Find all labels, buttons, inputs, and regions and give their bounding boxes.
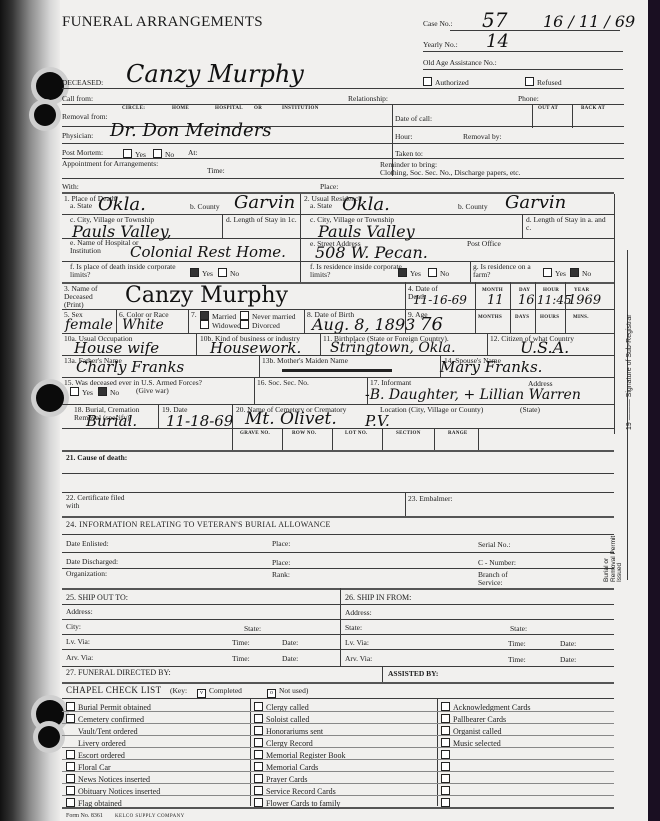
rule — [158, 404, 159, 428]
punch-hole-5 — [38, 726, 60, 748]
removal-by-label: Removal by: — [463, 133, 502, 141]
rule — [62, 428, 614, 429]
rule — [572, 104, 573, 128]
rule — [188, 309, 189, 333]
rank-label: Rank: — [272, 571, 290, 579]
dod-day[interactable]: 16 — [518, 294, 535, 307]
widowed-checkbox[interactable]: Widowed — [200, 320, 241, 330]
pod-hospital-value[interactable]: Colonial Rest Home. — [130, 245, 286, 260]
ssn-label: 16. Soc. Sec. No. — [257, 379, 309, 387]
res-post-office-label: Post Office — [467, 240, 501, 248]
deceased-value[interactable]: Canzy Murphy — [126, 62, 304, 86]
case-date-value[interactable]: 16 / 11 / 69 — [543, 14, 635, 30]
pod-limits-label: f. Is place of death inside corporate li… — [70, 263, 190, 279]
rule — [510, 282, 511, 334]
rule — [475, 282, 476, 334]
in-state-label-2: State: — [510, 625, 527, 633]
permit-issued-label: Burial or Removal Permit Issued — [604, 532, 624, 582]
rule — [222, 214, 223, 238]
mother-label: 13b. Mother's Maiden Name — [262, 357, 348, 365]
circle-hospital[interactable]: HOSPITAL — [215, 106, 243, 111]
out-address-label: Address: — [66, 608, 93, 616]
res-length-label: d. Length of Stay in a. and c. — [526, 216, 611, 232]
rule — [565, 282, 566, 334]
reminder-text: Clothing, Soc. Sec. No., Discharge paper… — [380, 169, 520, 177]
age-col-months: MONTHS — [478, 315, 502, 320]
armed-label: 15. Was deceased ever in U.S. Armed Forc… — [64, 379, 202, 387]
race-value[interactable]: White — [122, 318, 164, 332]
age-value[interactable]: 76 — [420, 316, 443, 334]
res-farm-label: g. Is residence on a farm? — [473, 263, 543, 279]
rule — [62, 473, 614, 474]
in-arv-time-label: Time: — [508, 656, 526, 664]
post-mortem-label: Post Mortem: — [62, 149, 103, 157]
rule — [62, 698, 614, 699]
rule — [62, 178, 624, 179]
deceased-label: DECEASED: — [62, 79, 103, 87]
case-no-label: Case No.: — [423, 20, 453, 28]
time-label: Time: — [207, 167, 225, 175]
rule — [62, 649, 614, 650]
punch-hole-1 — [36, 72, 64, 100]
business-value[interactable]: Housework. — [210, 341, 301, 356]
form-number: Form No. 8361 — [66, 813, 103, 819]
removal-from-label: Removal from: — [62, 113, 108, 121]
physician-label: Physician: — [62, 132, 93, 140]
out-at-label: OUT AT — [538, 106, 558, 111]
circle-home[interactable]: HOME — [172, 106, 189, 111]
cemetery-value[interactable]: Mt. Olivet. — [245, 411, 337, 428]
rule — [62, 552, 614, 553]
punch-hole-2 — [34, 104, 56, 126]
circle-institution[interactable]: INSTITUTION — [282, 106, 319, 111]
rule — [62, 534, 614, 535]
res-street-value[interactable]: 508 W. Pecan. — [315, 245, 428, 261]
name-deceased-label: 3. Name of Deceased (Print) — [64, 285, 104, 309]
citizen-value[interactable]: U.S.A. — [520, 340, 569, 356]
date-discharged-label: Date Discharged: — [66, 558, 118, 566]
age-col-days: DAYS — [515, 315, 529, 320]
res-state-value[interactable]: Okla. — [342, 196, 390, 214]
rule — [62, 568, 614, 569]
res-farm-no-checkbox[interactable]: No — [570, 268, 591, 278]
section-label: SECTION — [396, 431, 421, 436]
rule — [405, 492, 406, 516]
rule — [62, 735, 614, 736]
armed-no-checkbox[interactable]: No — [98, 387, 119, 397]
serial-no-label: Serial No.: — [478, 541, 511, 549]
rule — [470, 261, 471, 282]
rule — [62, 795, 614, 796]
res-county-label: b. County — [458, 203, 488, 211]
birthplace-value[interactable]: Stringtown, Okla. — [330, 341, 456, 355]
out-lv-date-label: Date: — [282, 639, 298, 647]
funeral-arrangements-form: FUNERAL ARRANGEMENTS Case No.: 57 16 / 1… — [0, 0, 648, 821]
row-no-label: ROW NO. — [292, 431, 317, 436]
rule — [304, 309, 305, 333]
out-city-label: City: — [66, 623, 81, 631]
phone-label: Phone: — [518, 95, 539, 103]
mother-struck-out — [282, 369, 392, 372]
in-address-label: Address: — [345, 609, 372, 617]
rule — [62, 604, 614, 605]
scan-border — [648, 0, 660, 821]
taken-to-label: Taken to: — [395, 150, 423, 158]
pod-county-label: b. County — [190, 203, 220, 211]
age-col-mins: MINS. — [573, 315, 589, 320]
rule — [62, 143, 624, 144]
rule — [614, 194, 615, 434]
res-farm-yes-checkbox[interactable]: Yes — [543, 268, 566, 278]
in-arv-date-label: Date: — [560, 656, 576, 664]
pod-limits-yes-checkbox[interactable]: Yes — [190, 268, 213, 278]
rule — [62, 492, 614, 493]
out-lv-via-label: Lv. Via: — [66, 638, 90, 646]
branch-label: Branch of Service: — [478, 571, 518, 587]
publisher: KELCO SUPPLY COMPANY — [115, 814, 185, 819]
date-of-call-label: Date of call: — [395, 115, 432, 123]
key-not-used: oNot used) — [267, 687, 308, 698]
res-limits-no-checkbox[interactable]: No — [428, 268, 449, 278]
rule — [62, 666, 614, 667]
rule — [62, 104, 624, 105]
divorced-checkbox[interactable]: Divorced — [240, 320, 280, 330]
yearly-no-label: Yearly No.: — [423, 41, 458, 49]
lot-no-label: LOT NO. — [345, 431, 368, 436]
state-label: (State) — [520, 406, 540, 414]
ship-in-heading: 26. SHIP IN FROM: — [345, 594, 411, 602]
rule — [232, 404, 233, 428]
dod-year[interactable]: 1969 — [568, 294, 601, 307]
rule — [196, 333, 197, 355]
ship-out-heading: 25. SHIP OUT TO: — [66, 594, 128, 602]
case-no-value[interactable]: 57 — [482, 10, 507, 30]
pod-state-label: a. State — [70, 202, 92, 210]
out-arv-date-label: Date: — [282, 655, 298, 663]
res-limits-yes-checkbox[interactable]: Yes — [398, 268, 421, 278]
rule — [320, 333, 321, 355]
name-deceased-value[interactable]: Canzy Murphy — [125, 285, 288, 307]
burial-value[interactable]: Burial. — [86, 414, 137, 429]
punch-hole-3 — [36, 384, 64, 412]
yearly-line — [423, 51, 623, 52]
veteran-heading: 24. INFORMATION RELATING TO VETERAN'S BU… — [66, 521, 331, 529]
rule — [282, 428, 283, 450]
occupation-value[interactable]: House wife — [74, 341, 159, 356]
rule — [62, 759, 614, 760]
appointment-label: Appointment for Arrangements: — [62, 160, 158, 168]
give-war-label: (Give war) — [136, 387, 169, 395]
rule — [62, 88, 624, 89]
form-title: FUNERAL ARRANGEMENTS — [62, 14, 263, 31]
rule — [532, 104, 533, 128]
date-enlisted-label: Date Enlisted: — [66, 540, 109, 548]
informant-label: 17. Informant — [370, 379, 411, 387]
rule — [382, 428, 383, 450]
with-label: With: — [62, 183, 79, 191]
location-label: Location (City, Village or County) — [380, 406, 483, 414]
pod-length-label: d. Length of Stay in 1c. — [226, 216, 297, 224]
rule — [332, 428, 333, 450]
back-at-label: BACK AT — [581, 106, 605, 111]
authorized-checkbox[interactable]: Authorized — [423, 77, 469, 87]
embalmer-label: 23. Embalmer: — [408, 495, 453, 503]
rule — [259, 355, 260, 377]
pod-state-value[interactable]: Okla. — [98, 196, 146, 214]
refused-checkbox[interactable]: Refused — [525, 77, 562, 87]
rule — [62, 619, 614, 620]
c-number-label: C - Number: — [478, 559, 516, 567]
rule — [254, 377, 255, 404]
at-label: At: — [188, 149, 198, 157]
res-county-value[interactable]: Garvin — [505, 194, 566, 212]
burial-date-value[interactable]: 11-18-69 — [166, 414, 233, 429]
armed-yes-checkbox[interactable]: Yes — [70, 387, 93, 397]
rule — [232, 428, 233, 450]
rule — [62, 450, 614, 452]
rule — [62, 771, 614, 772]
case-no-line — [450, 30, 620, 31]
rule — [62, 588, 614, 590]
rule — [62, 747, 614, 748]
rule — [535, 282, 536, 334]
old-age-line — [423, 69, 623, 70]
yearly-no-value[interactable]: 14 — [486, 33, 509, 51]
rule — [487, 333, 488, 355]
rule — [62, 807, 614, 809]
rule — [340, 588, 341, 666]
physician-value[interactable]: Dr. Don Meinders — [110, 122, 272, 140]
sub-registrar-signature-label: 19 ——— Signature of Sub-Registrar — [626, 314, 633, 430]
out-state-label: State: — [244, 625, 261, 633]
marital-number: 7. — [191, 311, 197, 319]
dob-value[interactable]: Aug. 8, 1893 — [312, 317, 415, 333]
dod-hour[interactable]: 11:45 — [537, 294, 572, 306]
call-from-label: Call from: — [62, 95, 93, 103]
rule — [522, 214, 523, 238]
in-state-label-1: State: — [345, 624, 362, 632]
place-label: Place: — [320, 183, 338, 191]
rule — [382, 666, 383, 682]
discharged-place-label: Place: — [272, 559, 290, 567]
rule — [62, 682, 614, 684]
age-col-hours: HOURS — [540, 315, 559, 320]
spouse-value[interactable]: Mary Franks. — [440, 360, 542, 375]
in-arv-via-label: Arv. Via: — [345, 655, 372, 663]
out-lv-time-label: Time: — [232, 639, 250, 647]
checklist-heading: CHAPEL CHECK LIST — [66, 686, 161, 695]
rule — [62, 711, 614, 712]
old-age-label: Old Age Assistance No.: — [423, 59, 497, 67]
assisted-by-label: ASSISTED BY: — [388, 670, 438, 678]
res-state-label: a. State — [310, 202, 332, 210]
location-value[interactable]: P.V. — [365, 414, 390, 429]
grave-no-label: GRAVE NO. — [240, 431, 270, 436]
rule — [62, 634, 614, 635]
rule — [62, 723, 614, 724]
rule — [437, 698, 438, 806]
punch-hole-4 — [36, 700, 64, 728]
organization-label: Organization: — [66, 570, 107, 578]
in-lv-date-label: Date: — [560, 640, 576, 648]
rule — [250, 698, 251, 806]
relationship-label: Relationship: — [348, 95, 388, 103]
sex-value[interactable]: female — [65, 318, 113, 332]
circle-or: OR — [254, 106, 262, 111]
dod-month[interactable]: 11 — [487, 294, 504, 307]
out-arv-time-label: Time: — [232, 655, 250, 663]
key-label: (Key: — [170, 687, 187, 695]
in-lv-time-label: Time: — [508, 640, 526, 648]
rule — [434, 428, 435, 450]
pod-county-value[interactable]: Garvin — [234, 194, 295, 212]
rule — [62, 516, 614, 518]
cert-filed-label: 22. Certificate filed with — [66, 494, 126, 510]
directed-by-label: 27. FUNERAL DIRECTED BY: — [66, 669, 171, 677]
hour-label: Hour: — [395, 133, 413, 141]
key-completed: vCompleted — [197, 687, 242, 698]
cause-label: 21. Cause of death: — [66, 454, 127, 462]
rule — [116, 309, 117, 333]
father-value[interactable]: Charly Franks — [76, 360, 184, 375]
pod-limits-no-checkbox[interactable]: No — [218, 268, 239, 278]
circle-label: CIRCLE: — [122, 106, 145, 111]
dod-value[interactable]: 11-16-69 — [413, 294, 467, 306]
rule — [62, 783, 614, 784]
informant-value[interactable]: -B. Daughter, + Lillian Warren — [365, 388, 581, 402]
out-arv-via-label: Arv. Via: — [66, 654, 93, 662]
enlisted-place-label: Place: — [272, 540, 290, 548]
in-lv-via-label: Lv. Via: — [345, 639, 369, 647]
range-label: RANGE — [448, 431, 468, 436]
rule — [478, 428, 479, 450]
